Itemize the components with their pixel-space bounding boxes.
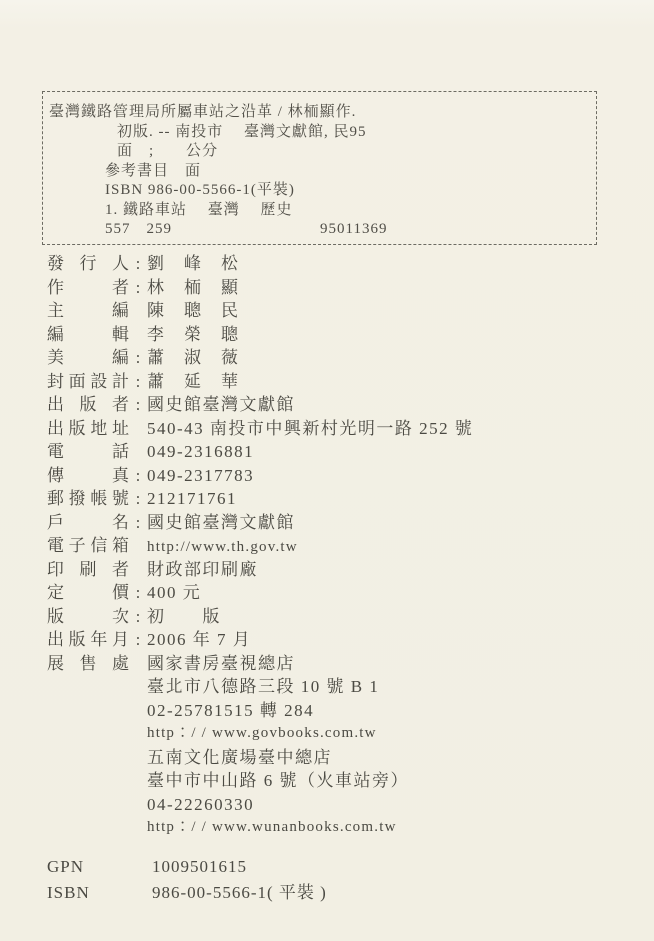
info-value: 2006 年 7 月 (147, 628, 251, 652)
info-value: http：/ / www.wunanbooks.com.tw (147, 816, 397, 840)
info-row-edition: 版次 : 初 版 (47, 605, 473, 629)
info-label: 編輯 (47, 323, 129, 347)
info-value: 陳 聰 民 (147, 299, 240, 323)
cip-physical-description: 面 ; 公分 (43, 142, 596, 162)
info-row-sales-outlet-url: http：/ / www.govbooks.com.tw (47, 722, 473, 746)
info-label: 封面設計 (47, 370, 129, 394)
info-value: http://www.th.gov.tw (147, 536, 298, 560)
info-label: 展售處 (47, 652, 129, 676)
info-label: 電子信箱 (47, 534, 129, 558)
info-row-publication-date: 出版年月 : 2006 年 7 月 (47, 628, 473, 652)
info-value: 蕭 延 華 (147, 370, 240, 394)
cip-record-number: 95011369 (320, 220, 387, 240)
info-row-publisher-address: 出版地址 540-43 南投市中興新村光明一路 252 號 (47, 417, 473, 441)
info-row-fax: 傳真 : 049-2317783 (47, 464, 473, 488)
cip-isbn-line: ISBN 986-00-5566-1(平裝) (43, 181, 596, 201)
info-value: http：/ / www.govbooks.com.tw (147, 722, 377, 746)
info-row-editor: 編輯 李 榮 聰 (47, 323, 473, 347)
info-row-postal-account: 郵撥帳號 : 212171761 (47, 487, 473, 511)
label-colon: : (129, 628, 147, 652)
isbn-row: ISBN 986-00-5566-1( 平裝 ) (47, 880, 327, 906)
label-colon: : (129, 487, 147, 511)
info-row-sales-outlet-2-url: http：/ / www.wunanbooks.com.tw (47, 816, 473, 840)
label-colon: : (129, 464, 147, 488)
info-row-account-name: 戶名 : 國史館臺灣文獻館 (47, 511, 473, 535)
info-value: 國家書房臺視總店 (147, 652, 295, 676)
info-value: 049-2316881 (147, 440, 254, 464)
info-value: 400 元 (147, 581, 201, 605)
info-label: 戶名 (47, 511, 129, 535)
info-row-publisher-person: 發行人 : 劉 峰 松 (47, 252, 473, 276)
info-row-price: 定價 : 400 元 (47, 581, 473, 605)
info-row-sales-outlet-2-phone: 04-22260330 (47, 793, 473, 817)
info-row-chief-editor: 主編 陳 聰 民 (47, 299, 473, 323)
info-value: 劉 峰 松 (147, 252, 240, 276)
label-colon: : (129, 605, 147, 629)
info-row-email: 電子信箱 http://www.th.gov.tw (47, 534, 473, 558)
cip-title-statement: 臺灣鐵路管理局所屬車站之沿革 / 林栭顯作. (43, 103, 596, 123)
cip-bibliography-note: 參考書目 面 (43, 162, 596, 182)
gpn-label: GPN (47, 854, 152, 880)
info-row-sales-outlet-2: 五南文化廣場臺中總店 (47, 746, 473, 770)
info-label: 發行人 (47, 252, 129, 276)
label-colon: : (129, 276, 147, 300)
cip-classification-number: 557 259 (105, 220, 320, 240)
label-colon: : (129, 581, 147, 605)
info-value: 國史館臺灣文獻館 (147, 393, 295, 417)
info-label: 印刷者 (47, 558, 129, 582)
info-row-author: 作者 : 林 栭 顯 (47, 276, 473, 300)
info-value: 五南文化廣場臺中總店 (147, 746, 332, 770)
info-label: 郵撥帳號 (47, 487, 129, 511)
label-colon: : (129, 252, 147, 276)
info-row-sales-outlet-address: 臺北市八德路三段 10 號 B 1 (47, 675, 473, 699)
info-value: 林 栭 顯 (147, 276, 240, 300)
info-value: 212171761 (147, 487, 237, 511)
info-row-sales-outlet-2-address: 臺中市中山路 6 號（火車站旁） (47, 769, 473, 793)
info-value: 04-22260330 (147, 793, 254, 817)
info-label: 出版年月 (47, 628, 129, 652)
publication-info-list: 發行人 : 劉 峰 松 作者 : 林 栭 顯 主編 陳 聰 民 編輯 李 榮 聰… (47, 252, 473, 840)
info-value: 國史館臺灣文獻館 (147, 511, 295, 535)
info-row-printer: 印刷者 財政部印刷廠 (47, 558, 473, 582)
info-row-publishing-house: 出版者 : 國史館臺灣文獻館 (47, 393, 473, 417)
info-value: 初 版 (147, 605, 221, 629)
info-row-sales-outlet-phone: 02-25781515 轉 284 (47, 699, 473, 723)
info-label: 美編 (47, 346, 129, 370)
info-row-sales-outlet: 展售處 國家書房臺視總店 (47, 652, 473, 676)
isbn-label: ISBN (47, 880, 152, 906)
info-label: 作者 (47, 276, 129, 300)
label-colon: : (129, 393, 147, 417)
info-label: 傳真 (47, 464, 129, 488)
cip-subject-entry: 1. 鐵路車站 臺灣 歷史 (43, 201, 596, 221)
info-value: 540-43 南投市中興新村光明一路 252 號 (147, 417, 473, 441)
isbn-value: 986-00-5566-1( 平裝 ) (152, 880, 327, 906)
info-label: 主編 (47, 299, 129, 323)
label-colon: : (129, 511, 147, 535)
info-row-telephone: 電話 049-2316881 (47, 440, 473, 464)
info-label: 出版者 (47, 393, 129, 417)
info-label: 版次 (47, 605, 129, 629)
info-row-cover-design: 封面設計 : 蕭 延 華 (47, 370, 473, 394)
footer-identifiers: GPN 1009501615 ISBN 986-00-5566-1( 平裝 ) (47, 854, 327, 905)
gpn-row: GPN 1009501615 (47, 854, 327, 880)
scanned-colophon-page: 臺灣鐵路管理局所屬車站之沿革 / 林栭顯作. 初版. -- 南投市 臺灣文獻館,… (0, 0, 654, 941)
info-value: 02-25781515 轉 284 (147, 699, 314, 723)
info-value: 臺北市八德路三段 10 號 B 1 (147, 675, 379, 699)
label-colon: : (129, 346, 147, 370)
label-colon: : (129, 370, 147, 394)
info-value: 財政部印刷廠 (147, 558, 258, 582)
info-value: 臺中市中山路 6 號（火車站旁） (147, 769, 409, 793)
cip-edition-imprint: 初版. -- 南投市 臺灣文獻館, 民95 (43, 123, 596, 143)
info-value: 049-2317783 (147, 464, 254, 488)
info-label: 電話 (47, 440, 129, 464)
info-label: 出版地址 (47, 417, 129, 441)
info-label: 定價 (47, 581, 129, 605)
cip-call-number-line: 557 259 95011369 (43, 220, 596, 240)
info-row-art-editor: 美編 : 蕭 淑 薇 (47, 346, 473, 370)
info-value: 李 榮 聰 (147, 323, 240, 347)
info-value: 蕭 淑 薇 (147, 346, 240, 370)
gpn-value: 1009501615 (152, 854, 247, 880)
cip-cataloging-box: 臺灣鐵路管理局所屬車站之沿革 / 林栭顯作. 初版. -- 南投市 臺灣文獻館,… (42, 91, 597, 245)
